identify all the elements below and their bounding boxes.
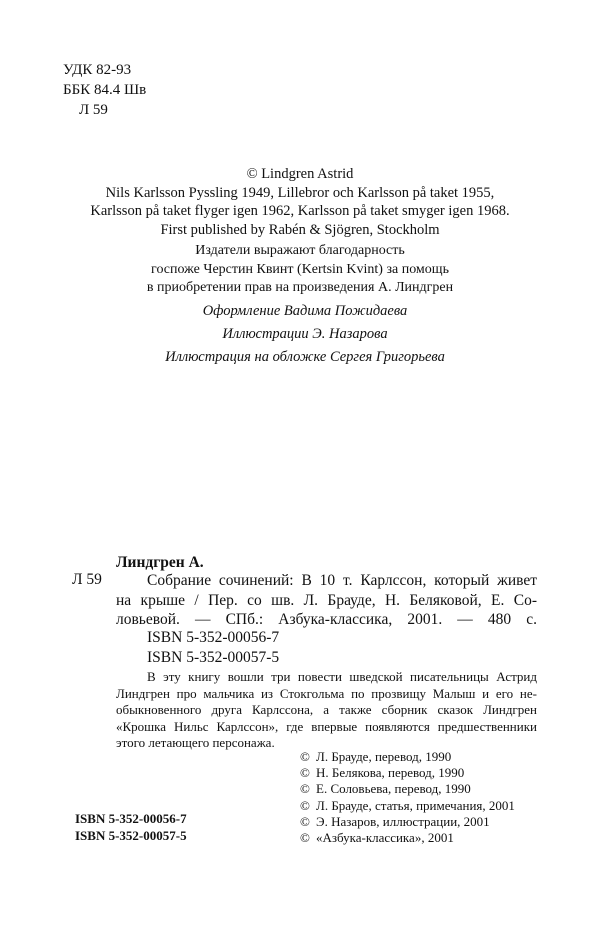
abstract-line: «Крошка Нильс Карлссон», где впервые поя… bbox=[116, 719, 537, 736]
credits-block: Оформление Вадима Пожидаева Иллюстрации … bbox=[0, 300, 600, 369]
abstract-line: Линдгрен про мальчика из Стокгольма по п… bbox=[116, 686, 537, 703]
first-published-line: First published by Rabén & Sjögren, Stoc… bbox=[0, 221, 600, 240]
original-titles-line: Karlsson på taket flyger igen 1962, Karl… bbox=[0, 202, 600, 221]
cover-credit: Иллюстрация на обложке Сергея Григорьева bbox=[0, 346, 600, 369]
abstract-line: В эту книгу вошли три повести шведской п… bbox=[116, 669, 537, 686]
isbn-line: ISBN 5-352-00056-7 bbox=[147, 628, 279, 648]
catalog-abstract: В эту книгу вошли три повести шведской п… bbox=[116, 669, 537, 752]
original-copyright-holder: © Lindgren Astrid bbox=[0, 165, 600, 184]
copyright-icon: © bbox=[300, 814, 316, 830]
copyright-icon: © bbox=[300, 749, 316, 765]
classification-block: УДК 82-93 ББК 84.4 Шв Л 59 bbox=[63, 60, 146, 120]
bbk-code: ББК 84.4 Шв bbox=[63, 80, 146, 100]
acknowledgement-block: Издатели выражают благодарность госпоже … bbox=[0, 242, 600, 298]
illustrations-credit: Иллюстрации Э. Назарова bbox=[0, 323, 600, 346]
catalog-isbn-list: ISBN 5-352-00056-7 ISBN 5-352-00057-5 bbox=[147, 628, 279, 667]
copyright-item: ©«Азбука-классика», 2001 bbox=[300, 830, 515, 846]
copyright-item: ©Э. Назаров, иллюстрации, 2001 bbox=[300, 814, 515, 830]
description-line: ловьевой. — СПб.: Азбука-классика, 2001.… bbox=[116, 610, 537, 630]
bottom-isbn-block: ISBN 5-352-00056-7 ISBN 5-352-00057-5 bbox=[75, 811, 187, 844]
copyright-icon: © bbox=[300, 798, 316, 814]
catalog-author: Линдгрен А. bbox=[116, 554, 204, 572]
isbn-line: ISBN 5-352-00057-5 bbox=[75, 828, 187, 845]
isbn-line: ISBN 5-352-00057-5 bbox=[147, 648, 279, 668]
catalog-description: Собрание сочинений: В 10 т. Карлссон, ко… bbox=[116, 571, 537, 630]
copyright-icon: © bbox=[300, 765, 316, 781]
original-copyright-block: © Lindgren Astrid Nils Karlsson Pyssling… bbox=[0, 165, 600, 239]
copyright-item: ©Л. Брауде, перевод, 1990 bbox=[300, 749, 515, 765]
acknowledgement-line: в приобретении прав на произведения А. Л… bbox=[0, 279, 600, 298]
copyright-icon: © bbox=[300, 781, 316, 797]
udk-code: УДК 82-93 bbox=[63, 60, 146, 80]
description-line: Собрание сочинений: В 10 т. Карлссон, ко… bbox=[116, 571, 537, 591]
copyright-list: ©Л. Брауде, перевод, 1990 ©Н. Белякова, … bbox=[300, 749, 515, 846]
author-sign: Л 59 bbox=[63, 100, 146, 120]
catalog-code: Л 59 bbox=[72, 571, 102, 589]
abstract-line: обыкновенного друга Карлссона, а также с… bbox=[116, 702, 537, 719]
description-line: на крыше / Пер. со шв. Л. Брауде, Н. Бел… bbox=[116, 591, 537, 611]
copyright-item: ©Н. Белякова, перевод, 1990 bbox=[300, 765, 515, 781]
original-titles-line: Nils Karlsson Pyssling 1949, Lillebror o… bbox=[0, 184, 600, 203]
acknowledgement-line: госпоже Черстин Квинт (Kertsin Kvint) за… bbox=[0, 261, 600, 280]
design-credit: Оформление Вадима Пожидаева bbox=[0, 300, 600, 323]
copyright-icon: © bbox=[300, 830, 316, 846]
copyright-item: ©Е. Соловьева, перевод, 1990 bbox=[300, 781, 515, 797]
isbn-line: ISBN 5-352-00056-7 bbox=[75, 811, 187, 828]
acknowledgement-line: Издатели выражают благодарность bbox=[0, 242, 600, 261]
copyright-item: ©Л. Брауде, статья, примечания, 2001 bbox=[300, 798, 515, 814]
